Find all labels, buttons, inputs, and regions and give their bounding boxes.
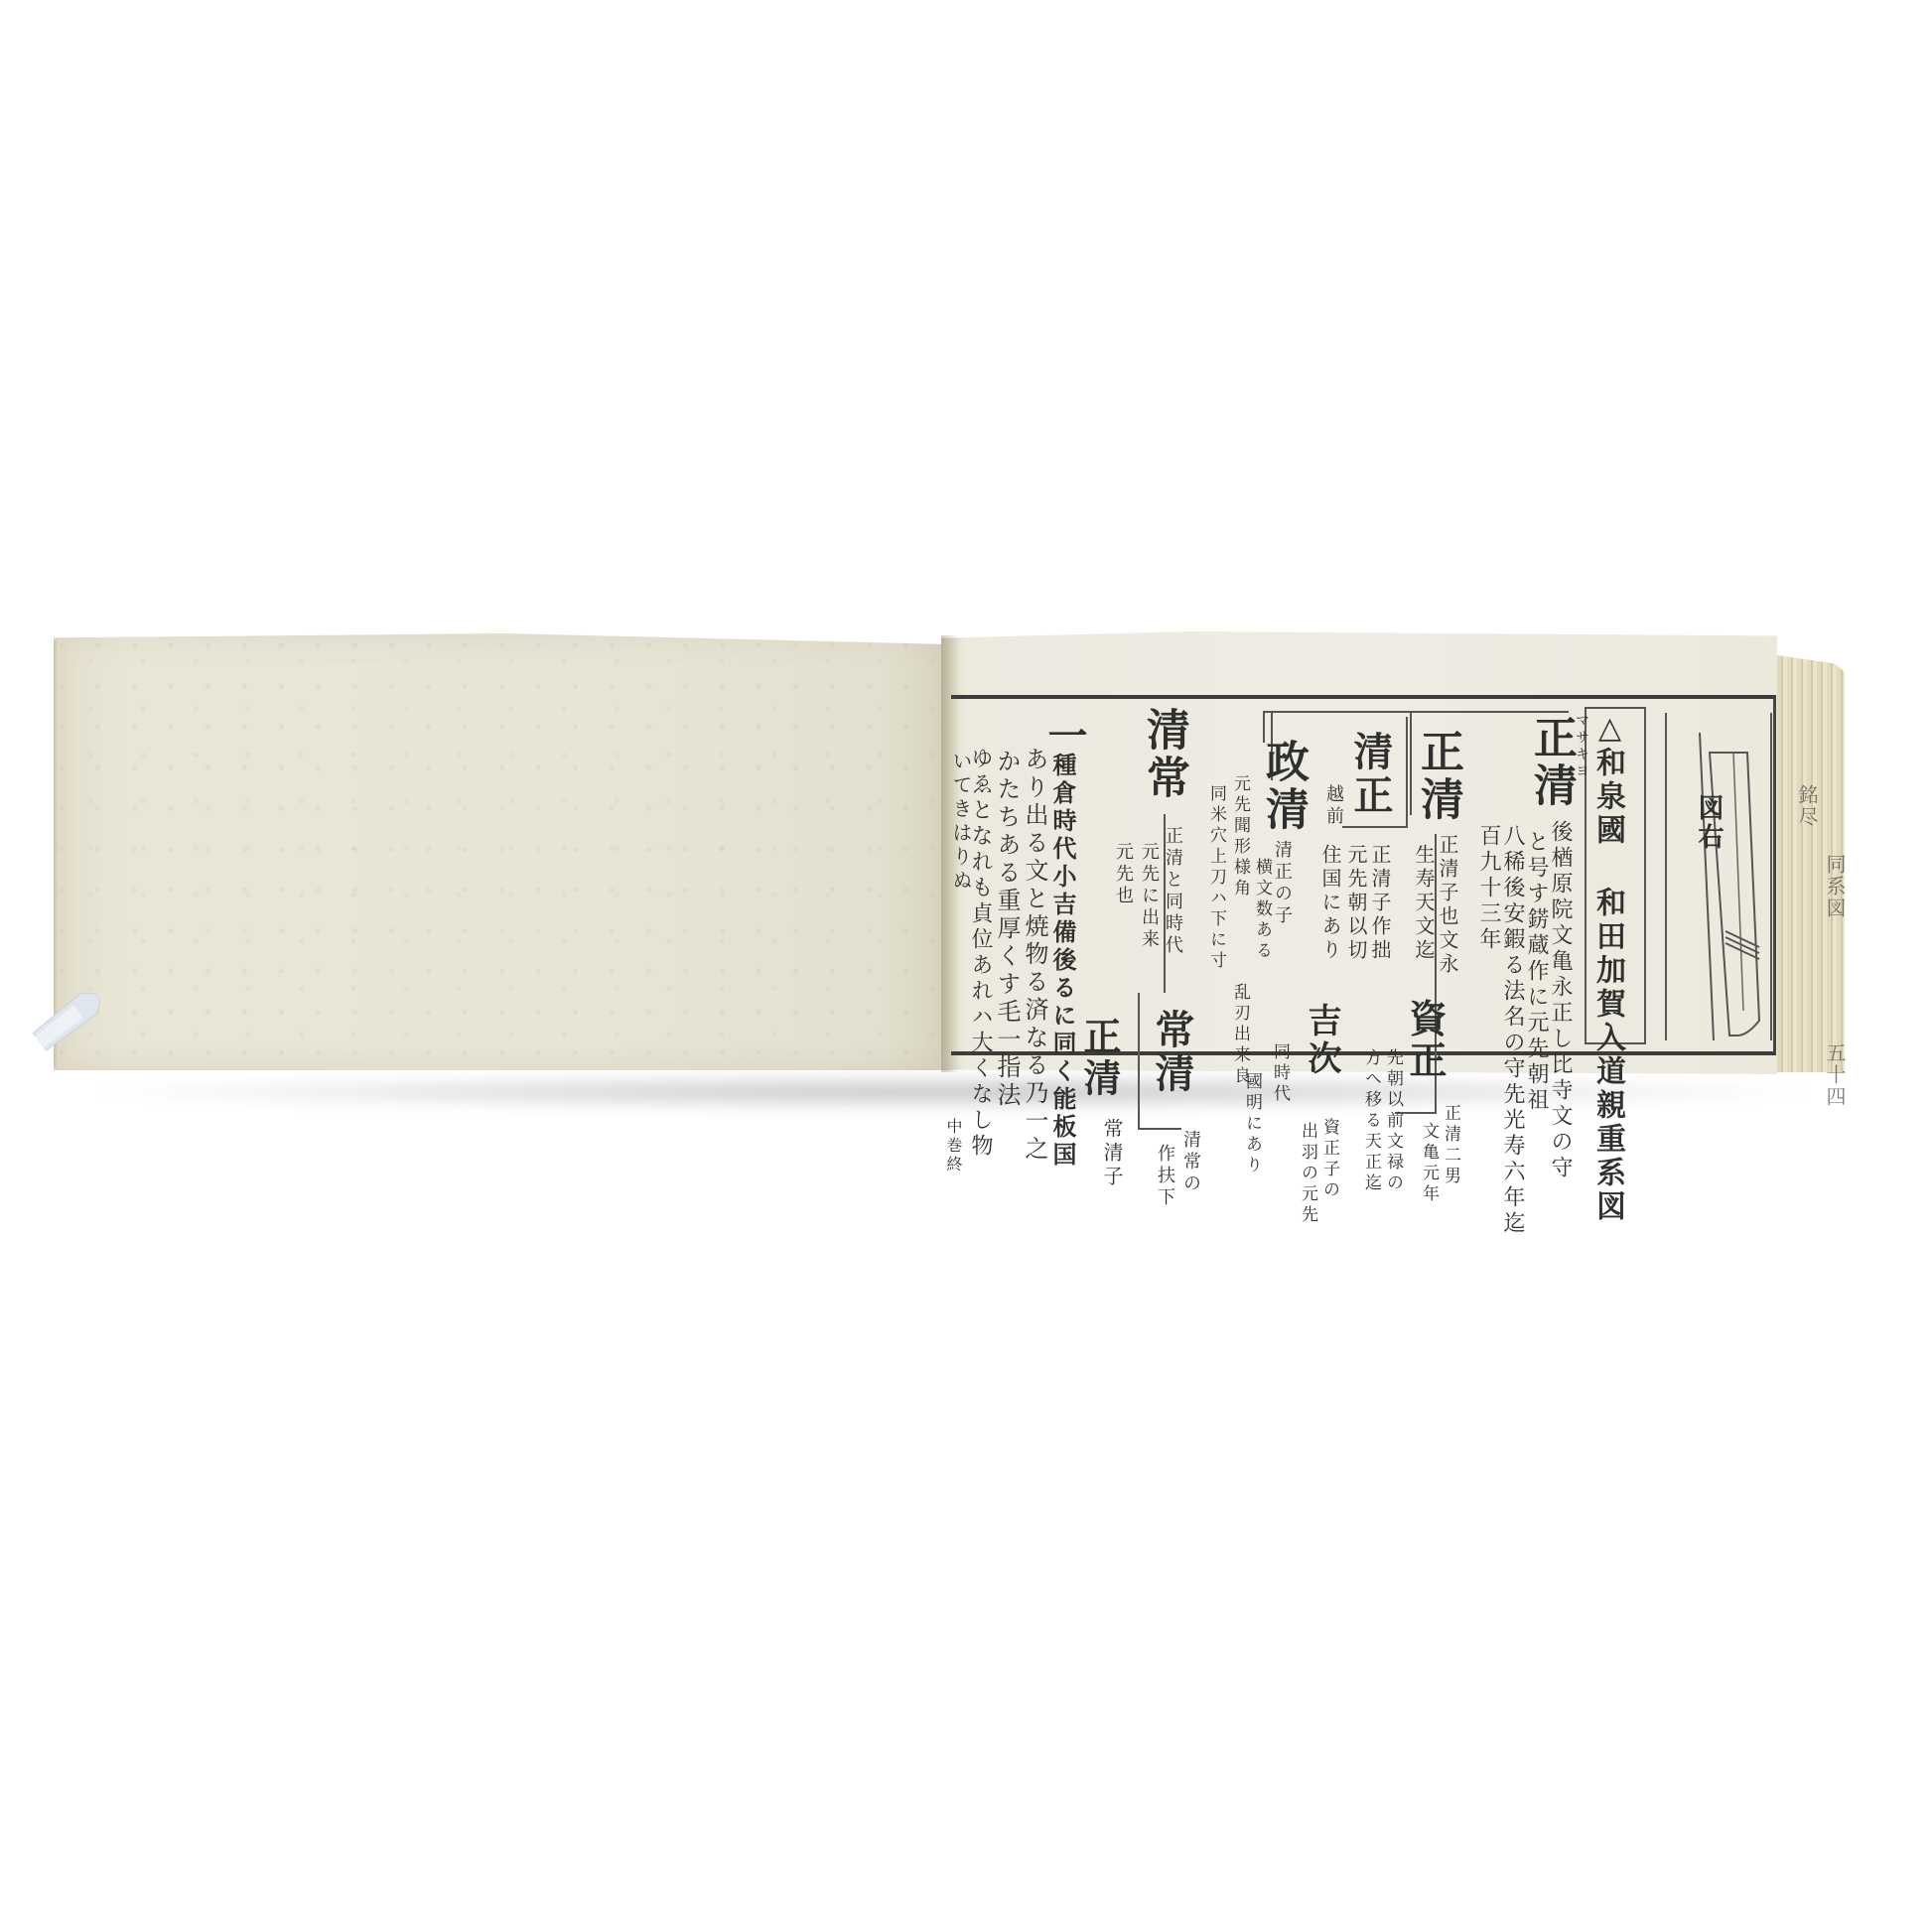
commentary-line: いてきはりぬ	[951, 751, 971, 894]
entry-line: 清正の子	[1273, 840, 1291, 927]
entry-line: 資正子の	[1320, 1118, 1337, 1201]
entry-name-masakiyo: 正清	[1529, 715, 1573, 810]
diagram-label: 図右	[1696, 794, 1722, 852]
left-page-blank	[54, 633, 950, 1070]
entry-line: 正清と同時代	[1164, 826, 1181, 957]
entry-line: 元先朝以切	[1346, 844, 1366, 963]
entry-line: と号す錺蔵作に元先朝祖	[1525, 830, 1547, 1114]
entry-line: 正清子作拙	[1370, 844, 1390, 963]
entry-line: 作扶下	[1156, 1144, 1173, 1209]
entry-line: 文亀元年	[1420, 1122, 1437, 1205]
entry-line: 元先聞形様角	[1231, 774, 1248, 899]
entry-line: 同米穴上刀ハ下に寸	[1207, 784, 1224, 972]
entry-line: 住国にあり	[1320, 844, 1340, 963]
entry-name-yoshitsugu: 吉次	[1305, 1003, 1338, 1078]
commentary-line: かたちある重厚くす毛一指法	[995, 749, 1019, 1110]
entry-line: 後楢原院文亀永正し比寺文の守	[1549, 820, 1571, 1181]
entry-line: 越前	[1324, 784, 1342, 828]
entry-name-tsunekiyo: 常清	[1152, 1009, 1191, 1096]
entry-line: 百九十三年	[1477, 824, 1499, 953]
entry-line: 常清子	[1102, 1118, 1122, 1189]
entry-line: 生寿天文迄	[1414, 844, 1434, 963]
spine-label: 同系図	[1821, 854, 1850, 919]
entry-line: 同時代	[1271, 1042, 1288, 1105]
entry-name-masakiyo-4: 正清	[1080, 1017, 1118, 1100]
entry-line: 清常の	[1181, 1130, 1199, 1195]
book-photo: △ 和泉國 和田加賀入道親重系図 図右 正清 マサキヨ 後楢原院文亀永正し比寺文…	[0, 0, 1932, 1932]
entry-line: 横文数ある	[1253, 858, 1270, 962]
sword-tang-diagram	[1648, 713, 1777, 1040]
spine-label: 銘尽	[1793, 784, 1822, 828]
entry-line: 先朝以前文禄の	[1384, 1048, 1401, 1194]
entry-line: 方へ移る天正迄	[1362, 1048, 1379, 1194]
genealogy-line	[1410, 711, 1412, 815]
entry-line: 元先也	[1114, 842, 1132, 907]
entry-line: 八稀後安鍜る法名の守先光寿六年迄	[1501, 824, 1523, 1237]
entry-line: 元先に出来	[1140, 842, 1158, 951]
entry-name-masakiyo-3: 政清	[1261, 739, 1305, 834]
entry-name-masakiyo-2: 正清	[1416, 729, 1459, 824]
commentary-line: あり出る文と焼物る済なる乃一之	[1023, 747, 1046, 1164]
entry-line: 正清子也文永	[1438, 834, 1457, 977]
name-box	[1263, 711, 1305, 743]
header-mark: △	[1594, 711, 1624, 752]
entry-line: 正清二男	[1442, 1104, 1458, 1187]
entry-line: 國明にあり	[1243, 1072, 1260, 1176]
genealogy-line	[1271, 711, 1569, 713]
commentary-line: 種倉時代小吉備後るに同く能板国	[1050, 753, 1074, 1170]
volume-end-mark: 中巻終	[945, 1118, 961, 1174]
province-title: 和泉國 和田加賀入道親重系図	[1592, 747, 1622, 1224]
entry-name-kiyomasa: 清正	[1350, 731, 1390, 818]
entry-name-sukemasa: 資正	[1406, 999, 1444, 1082]
left-page-edge	[54, 640, 60, 1067]
entry-line: 出羽の元先	[1299, 1122, 1315, 1226]
entry-ruby: マサキヨ	[1575, 713, 1588, 780]
entry-name-kiyotsune: 清常	[1142, 707, 1185, 802]
spine-label: 五十四	[1821, 1042, 1850, 1108]
